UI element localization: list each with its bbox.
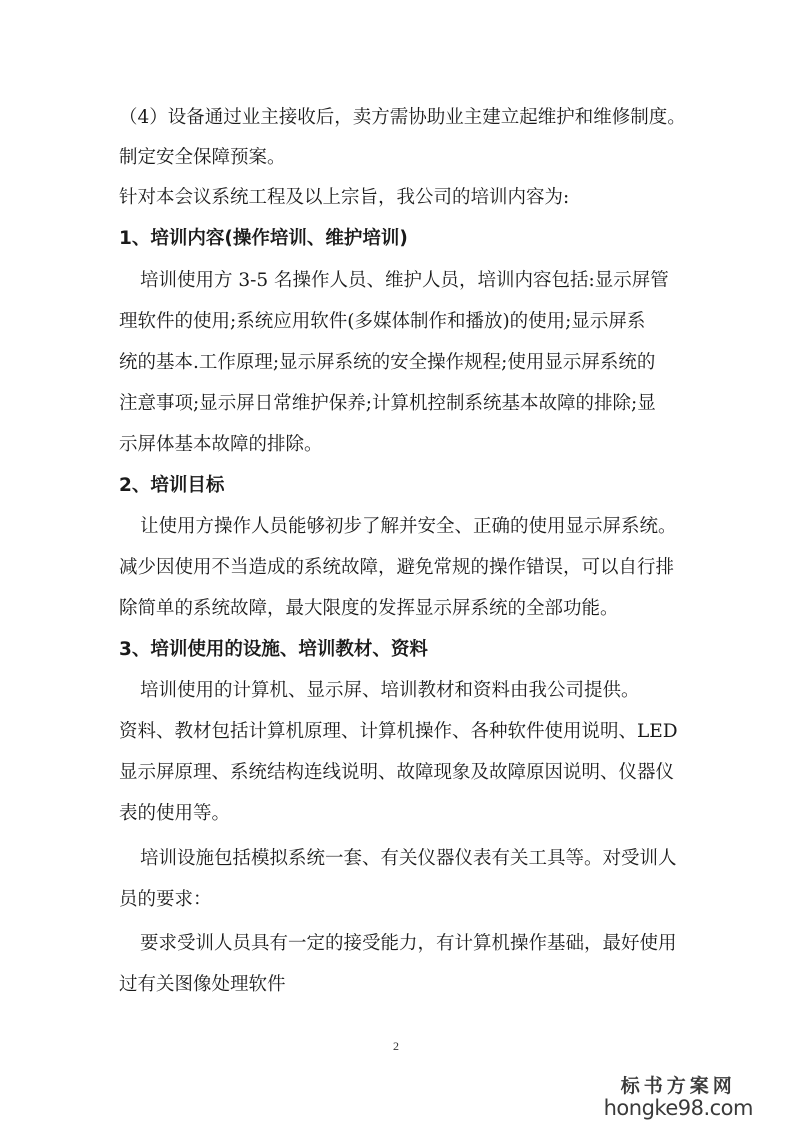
section-heading: 3、培训使用的设施、培训教材、资料 bbox=[119, 638, 428, 662]
paragraph-line: 显示屏原理、系统结构连线说明、故障现象及故障原因说明、仪器仪 bbox=[119, 761, 674, 785]
paragraph-line: 表的使用等。 bbox=[119, 802, 230, 826]
watermark-en: hongke98.com bbox=[604, 1097, 753, 1119]
paragraph-line: 培训使用方 3-5 名操作人员、维护人员，培训内容包括:显示屏管 bbox=[140, 269, 669, 293]
paragraph-line: 要求受训人员具有一定的接受能力，有计算机操作基础，最好使用 bbox=[140, 932, 677, 956]
paragraph-line: 让使用方操作人员能够初步了解并安全、正确的使用显示屏系统。 bbox=[140, 515, 677, 539]
paragraph-line: 除简单的系统故障，最大限度的发挥显示屏系统的全部功能。 bbox=[119, 597, 619, 621]
section-heading: 1、培训内容(操作培训、维护培训) bbox=[119, 227, 408, 251]
watermark-cn: 标书方案网 bbox=[604, 1075, 753, 1097]
paragraph-line: 注意事项;显示屏日常维护保养;计算机控制系统基本故障的排除;显 bbox=[119, 392, 656, 416]
paragraph-line: （4）设备通过业主接收后，卖方需协助业主建立起维护和维修制度。 bbox=[119, 106, 686, 130]
paragraph-line: 培训设施包括模拟系统一套、有关仪器仪表有关工具等。对受训人 bbox=[140, 847, 677, 871]
paragraph-line: 员的要求： bbox=[119, 888, 212, 912]
paragraph-line: 针对本会议系统工程及以上宗旨，我公司的培训内容为: bbox=[119, 186, 569, 210]
paragraph-line: 统的基本.工作原理;显示屏系统的安全操作规程;使用显示屏系统的 bbox=[119, 351, 655, 375]
paragraph-line: 示屏体基本故障的排除。 bbox=[119, 433, 323, 457]
paragraph-line: 制定安全保障预案。 bbox=[119, 146, 286, 170]
paragraph-line: 过有关图像处理软件 bbox=[119, 973, 286, 997]
paragraph-line: 减少因使用不当造成的系统故障，避免常规的操作错误，可以自行排 bbox=[119, 556, 674, 580]
watermark-logo: 标书方案网 hongke98.com bbox=[604, 1075, 753, 1119]
section-heading: 2、培训目标 bbox=[119, 474, 224, 498]
paragraph-line: 资料、教材包括计算机原理、计算机操作、各种软件使用说明、LED bbox=[119, 720, 678, 744]
paragraph-line: 培训使用的计算机、显示屏、培训教材和资料由我公司提供。 bbox=[140, 679, 640, 703]
page-number: 2 bbox=[393, 1039, 399, 1054]
paragraph-line: 理软件的使用;系统应用软件(多媒体制作和播放)的使用;显示屏系 bbox=[119, 310, 645, 334]
